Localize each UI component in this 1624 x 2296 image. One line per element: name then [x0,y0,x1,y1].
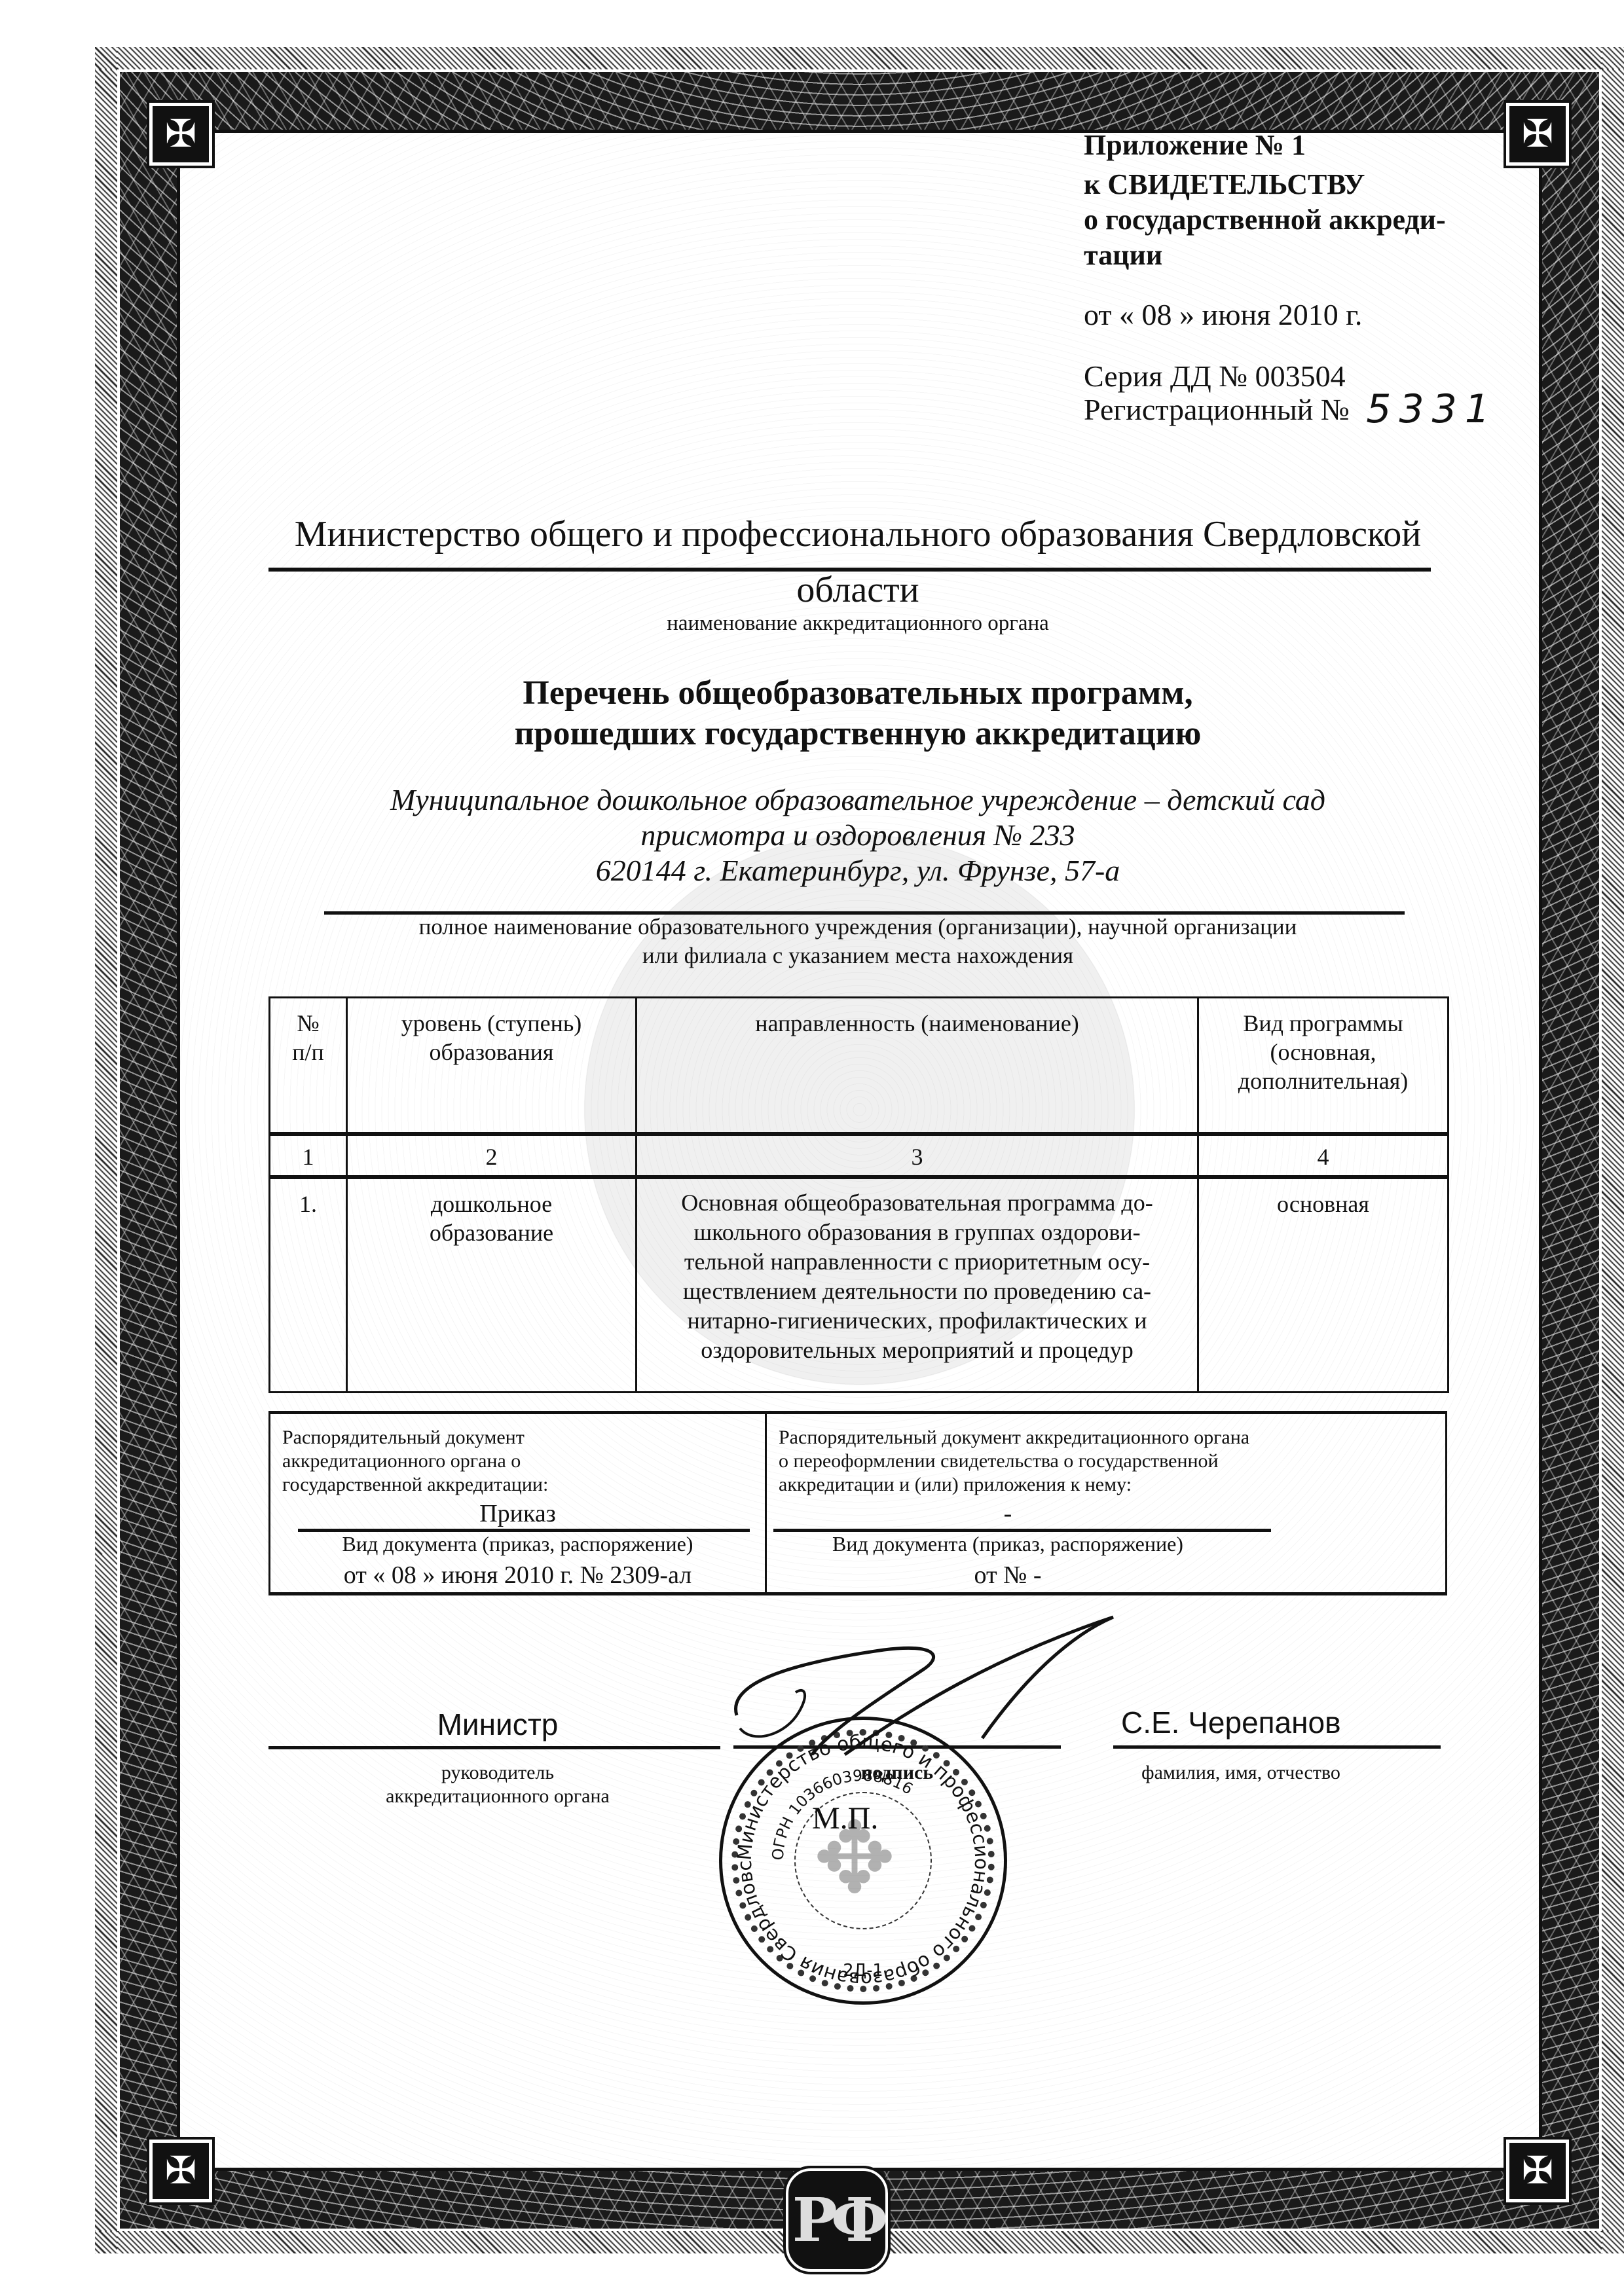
column-header-level: уровень (ступень) образования [347,998,637,1135]
column-header-number: № п/п [270,998,347,1135]
caption-line: руководитель [268,1761,727,1785]
header-text: направленность (наименование) [642,1009,1192,1038]
row-number: 1. [270,1177,347,1393]
signatory-name: С.Е. Черепанов [1121,1705,1449,1740]
header-text: образования [353,1038,630,1066]
program-direction-line: нитарно-гигиенических, профилактических … [642,1306,1192,1336]
title-line2: прошедших государственную аккредитацию [268,714,1447,754]
accreditation-body-name: Министерство общего и профессионального … [268,513,1447,556]
signatory-name-caption: фамилия, имя, отчество [1113,1761,1369,1785]
order-doc-type-caption: Вид документа (приказ, распоряжение) [669,1532,1347,1556]
svg-text:2Д-1: 2Д-1 [843,1960,883,1980]
registration-label: Регистрационный № [1084,393,1350,426]
divider [1113,1745,1441,1749]
institution-name-line2: присмотра и оздоровления № 233 [268,818,1447,853]
corner-ornament-icon: ✠ [1506,2140,1569,2202]
order-label-line: аккредитационного органа о [282,1449,548,1473]
header-text: Вид программы [1204,1009,1442,1038]
column-number: 3 [637,1134,1198,1177]
institution-address: 620144 г. Екатеринбург, ул. Фрунзе, 57-а [268,853,1447,888]
column-number: 1 [270,1134,347,1177]
registration-number: 5331 [1366,386,1498,432]
orders-block: Распорядительный документ аккредитационн… [268,1411,1447,1595]
order-label: Распорядительный документ аккредитационн… [282,1426,548,1497]
order-date-number: от № - [669,1563,1347,1587]
certificate-of-line2: тации [1084,238,1529,273]
order-label-line: о переоформлении свидетельства о государ… [779,1449,1249,1473]
header-text: п/п [276,1038,341,1066]
reissue-order: Распорядительный документ аккредитационн… [767,1414,1445,1592]
signatory-position-caption: руководитель аккредитационного органа [268,1761,727,1808]
registration-line: Регистрационный № 5331 [1084,391,1529,428]
institution-caption: полное наименование образовательного учр… [268,913,1447,970]
header-text: дополнительная) [1204,1066,1442,1095]
signatory-position: Министр [268,1707,727,1742]
corner-ornament-icon: ✠ [149,103,212,166]
program-type: основная [1198,1177,1449,1393]
to-certificate: к СВИДЕТЕЛЬСТВУ [1084,167,1529,202]
appendix-header: Приложение № 1 к СВИДЕТЕЛЬСТВУ о государ… [1084,128,1529,428]
table-header-row: № п/п уровень (ступень) образования напр… [270,998,1449,1135]
order-label-line: государственной аккредитации: [282,1473,548,1497]
caption-line: аккредитационного органа [268,1785,727,1808]
title-line1: Перечень общеобразовательных программ, [268,673,1447,714]
column-number: 4 [1198,1134,1449,1177]
handwritten-signature [714,1597,1120,1768]
divider [268,1746,720,1749]
order-label-line: Распорядительный документ [282,1426,548,1449]
column-number-row: 1 2 3 4 [270,1134,1449,1177]
certificate-date: от « 08 » июня 2010 г. [1084,297,1529,333]
institution-block: Муниципальное дошкольное образовательное… [268,782,1447,888]
column-header-direction: направленность (наименование) [637,998,1198,1135]
order-doc-type: - [669,1499,1347,1528]
institution-name-line1: Муниципальное дошкольное образовательное… [268,782,1447,818]
program-direction-line: оздоровительных мероприятий и процедур [642,1336,1192,1365]
page-title: Перечень общеобразовательных программ, п… [268,673,1447,754]
table-row: 1. дошкольное образование Основная общео… [270,1177,1449,1393]
certificate-of-line1: о государственной аккреди- [1084,202,1529,238]
program-direction-line: школьного образования в группах оздорови… [642,1218,1192,1247]
education-level-line: дошкольное [353,1190,630,1218]
program-direction: Основная общеобразовательная программа д… [637,1177,1198,1393]
order-label-line: Распорядительный документ аккредитационн… [779,1426,1249,1449]
accreditation-body-name-cont: области [268,568,1447,611]
program-direction-line: Основная общеобразовательная программа д… [642,1188,1192,1218]
program-direction-line: тельной направленности с приоритетным ос… [642,1247,1192,1277]
education-level: дошкольное образование [347,1177,637,1393]
education-level-line: образование [353,1218,630,1247]
order-label: Распорядительный документ аккредитационн… [779,1426,1249,1497]
header-text: (основная, [1204,1038,1442,1066]
seal-mark: М.П. [812,1800,878,1836]
institution-caption-line2: или филиала с указанием места нахождения [268,941,1447,970]
accreditation-body-caption: наименование аккредитационного органа [268,610,1447,636]
corner-ornament-icon: ✠ [149,2140,212,2202]
header-text: № [276,1009,341,1038]
column-header-program-type: Вид программы (основная, дополнительная) [1198,998,1449,1135]
appendix-title: Приложение № 1 [1084,128,1529,163]
header-text: уровень (ступень) [353,1009,630,1038]
programs-table: № п/п уровень (ступень) образования напр… [268,996,1449,1393]
institution-caption-line1: полное наименование образовательного учр… [268,913,1447,941]
rf-emblem-icon: РФ [786,2168,888,2272]
order-label-line: аккредитации и (или) приложения к нему: [779,1473,1249,1497]
program-direction-line: ществлением деятельности по проведению с… [642,1277,1192,1306]
column-number: 2 [347,1134,637,1177]
